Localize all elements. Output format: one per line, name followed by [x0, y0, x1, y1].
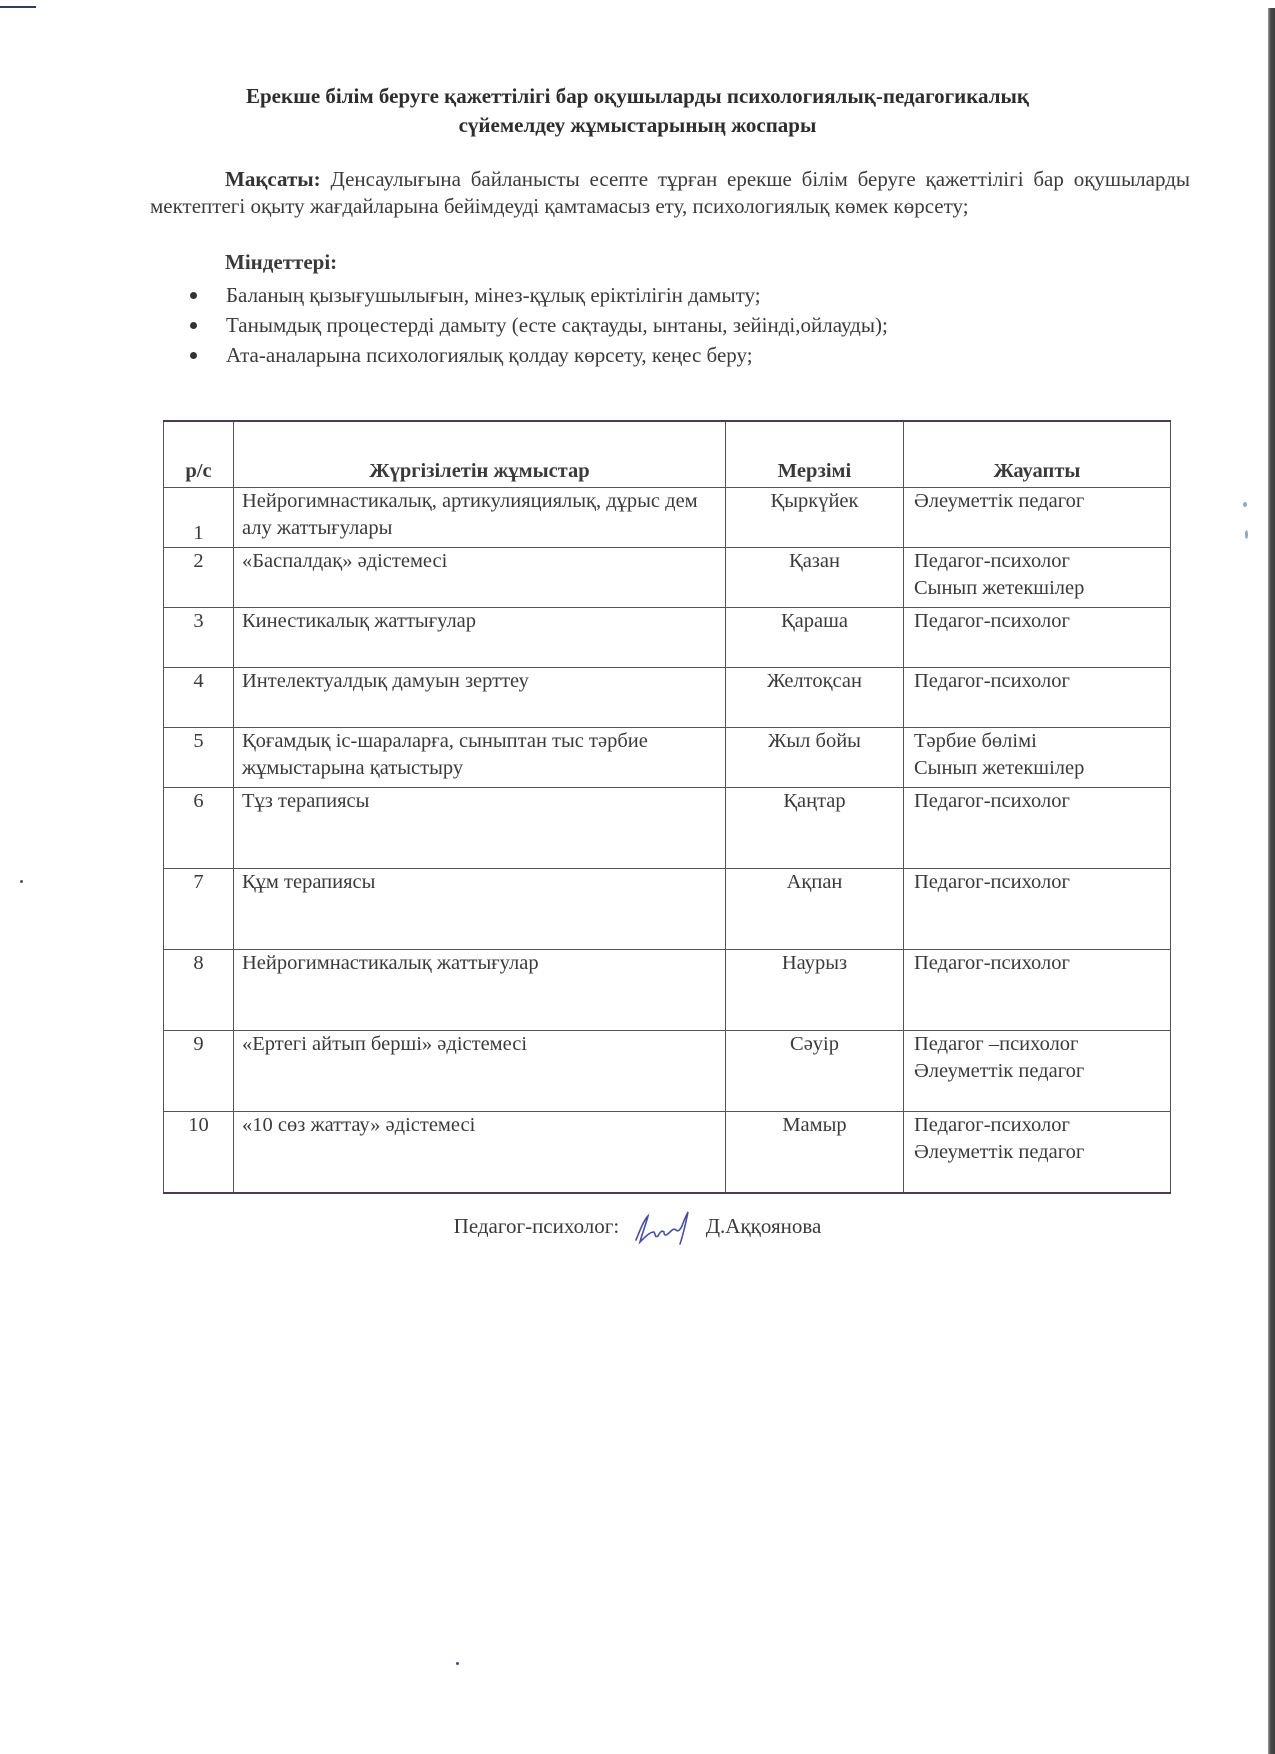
table-row: 2«Баспалдақ» әдістемесіҚазанПедагог-псих…: [164, 548, 1171, 608]
row-number: 2: [164, 548, 234, 608]
row-responsible: Педагог –психолог Әлеуметтік педагог: [904, 1031, 1171, 1112]
signature-role: Педагог-психолог:: [454, 1214, 620, 1238]
goal-label: Мақсаты:: [225, 167, 321, 191]
row-period: Жыл бойы: [726, 728, 904, 788]
row-responsible: Педагог-психолог: [904, 788, 1171, 869]
scan-speck: [20, 880, 23, 883]
row-period: Қаңтар: [726, 788, 904, 869]
task-item: Танымдық процестерді дамыту (есте сақтау…: [186, 310, 888, 340]
header-responsible: Жауапты: [904, 421, 1171, 488]
table-row: 10«10 сөз жаттау» әдістемесіМамырПедагог…: [164, 1112, 1171, 1194]
row-work: Кинестикалық жаттығулар: [234, 608, 726, 668]
row-number: 1: [164, 488, 234, 548]
signature-name: Д.Аққоянова: [706, 1214, 822, 1238]
row-work: «10 сөз жаттау» әдістемесі: [234, 1112, 726, 1194]
row-responsible: Тәрбие бөлімі Сынып жетекшілер: [904, 728, 1171, 788]
row-responsible: Педагог-психолог: [904, 869, 1171, 950]
table-row: 7Құм терапиясыАқпанПедагог-психолог: [164, 869, 1171, 950]
row-responsible: Педагог-психолог: [904, 608, 1171, 668]
table-row: 6Тұз терапиясыҚаңтарПедагог-психолог: [164, 788, 1171, 869]
row-number: 7: [164, 869, 234, 950]
title-line-2: сүйемелдеу жұмыстарының жоспары: [150, 111, 1125, 140]
row-number: 5: [164, 728, 234, 788]
row-responsible: Педагог-психолог: [904, 668, 1171, 728]
row-number: 10: [164, 1112, 234, 1194]
row-work: «Ертегі айтып берші» әдістемесі: [234, 1031, 726, 1112]
table-row: 5Қоғамдық іс-шараларға, сыныптан тыс тәр…: [164, 728, 1171, 788]
row-period: Желтоқсан: [726, 668, 904, 728]
header-number: р/с: [164, 421, 234, 488]
row-period: Қыркүйек: [726, 488, 904, 548]
row-work: Нейрогимнастикалық жаттығулар: [234, 950, 726, 1031]
row-number: 3: [164, 608, 234, 668]
row-number: 9: [164, 1031, 234, 1112]
row-responsible: Әлеуметтік педагог: [904, 488, 1171, 548]
header-period: Мерзімі: [726, 421, 904, 488]
row-period: Мамыр: [726, 1112, 904, 1194]
goal-paragraph: Мақсаты: Денсаулығына байланысты есепте …: [150, 166, 1190, 220]
table-header-row: р/с Жүргізілетін жұмыстар Мерзімі Жауапт…: [164, 421, 1171, 488]
row-number: 6: [164, 788, 234, 869]
row-work: Құм терапиясы: [234, 869, 726, 950]
table-row: 3Кинестикалық жаттығуларҚарашаПедагог-пс…: [164, 608, 1171, 668]
row-period: Сәуір: [726, 1031, 904, 1112]
scan-edge-shadow: [1268, 8, 1275, 1754]
row-work: Нейрогимнастикалық, артикулияциялық, дұр…: [234, 488, 726, 548]
scan-speck: [1245, 530, 1248, 539]
task-item: Баланың қызығушылығын, мінез-құлық ерікт…: [186, 280, 888, 310]
table-row: 1Нейрогимнастикалық, артикулияциялық, дұ…: [164, 488, 1171, 548]
tasks-list: Баланың қызығушылығын, мінез-құлық ерікт…: [186, 280, 888, 370]
row-responsible: Педагог-психолог: [904, 950, 1171, 1031]
scan-speck: [1243, 502, 1247, 507]
handwritten-signature-icon: [630, 1210, 694, 1246]
title-line-1: Ерекше білім беруге қажеттілігі бар оқуш…: [150, 82, 1125, 111]
row-work: «Баспалдақ» әдістемесі: [234, 548, 726, 608]
work-plan-table: р/с Жүргізілетін жұмыстар Мерзімі Жауапт…: [163, 420, 1171, 1194]
row-period: Ақпан: [726, 869, 904, 950]
row-work: Интелектуалдық дамуын зерттеу: [234, 668, 726, 728]
task-item: Ата-аналарына психологиялық қолдау көрсе…: [186, 340, 888, 370]
row-number: 4: [164, 668, 234, 728]
table-row: 8Нейрогимнастикалық жаттығуларНаурызПеда…: [164, 950, 1171, 1031]
row-responsible: Педагог-психолог Әлеуметтік педагог: [904, 1112, 1171, 1194]
header-work: Жүргізілетін жұмыстар: [234, 421, 726, 488]
row-period: Қараша: [726, 608, 904, 668]
row-period: Қазан: [726, 548, 904, 608]
row-responsible: Педагог-психолог Сынып жетекшілер: [904, 548, 1171, 608]
row-work: Қоғамдық іс-шараларға, сыныптан тыс тәрб…: [234, 728, 726, 788]
tasks-heading: Міндеттері:: [225, 250, 337, 275]
table-row: 4Интелектуалдық дамуын зерттеуЖелтоқсанП…: [164, 668, 1171, 728]
row-work: Тұз терапиясы: [234, 788, 726, 869]
table-row: 9«Ертегі айтып берші» әдістемесіСәуірПед…: [164, 1031, 1171, 1112]
signature-line: Педагог-психолог: Д.Аққоянова: [0, 1210, 1275, 1246]
row-period: Наурыз: [726, 950, 904, 1031]
scan-speck: [456, 1662, 459, 1665]
scan-artifact-mark: [0, 6, 36, 8]
row-number: 8: [164, 950, 234, 1031]
document-title: Ерекше білім беруге қажеттілігі бар оқуш…: [150, 82, 1125, 140]
